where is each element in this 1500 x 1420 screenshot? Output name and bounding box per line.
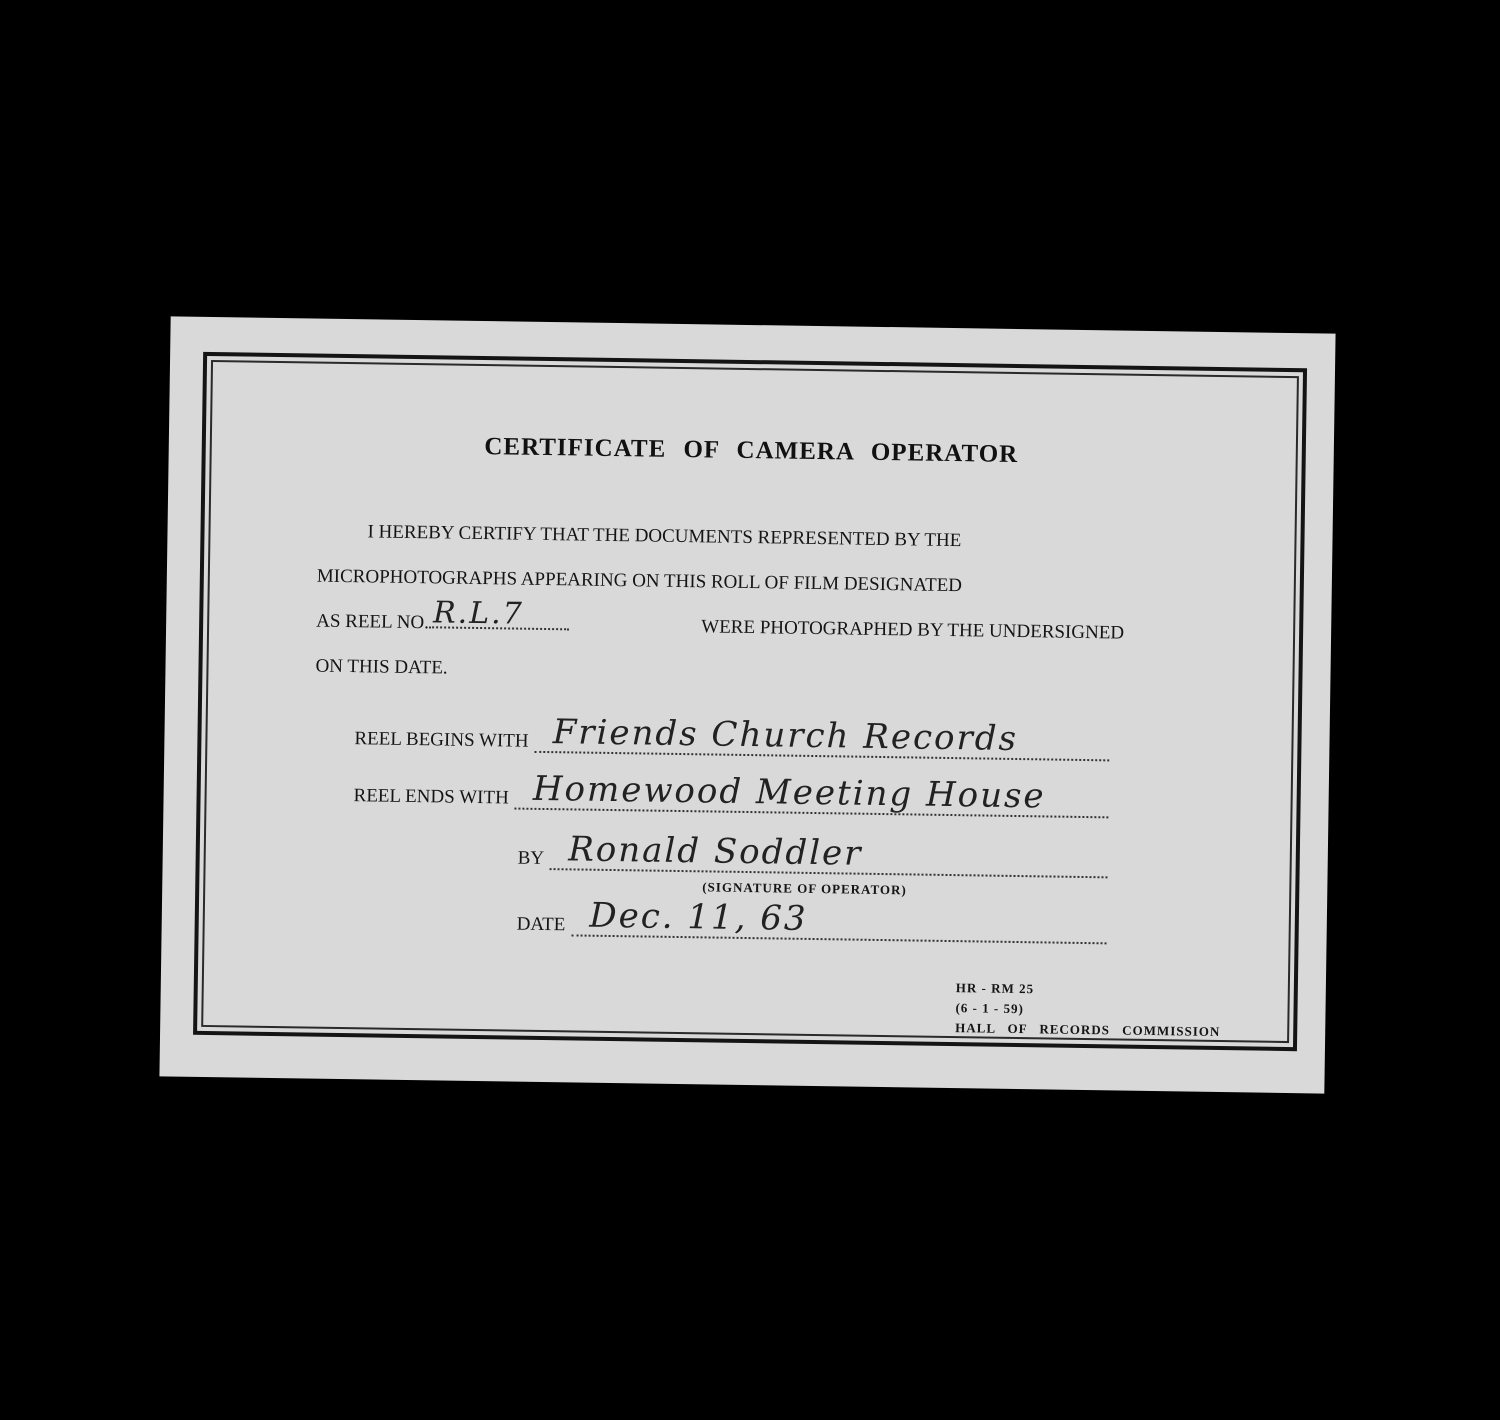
reel-number-handwritten: R.L.7 xyxy=(433,598,524,629)
date-label: DATE xyxy=(517,914,566,937)
form-info: HR - RM 25 (6 - 1 - 59) HALL OF RECORDS … xyxy=(955,978,1221,1042)
certificate-card: CERTIFICATE OF CAMERA OPERATOR I HEREBY … xyxy=(159,316,1335,1093)
reel-ends-handwritten: Homewood Meeting House xyxy=(533,772,1046,814)
paragraph-line-3-suffix: WERE PHOTOGRAPHED BY THE UNDERSIGNED xyxy=(701,604,1125,655)
date-handwritten: Dec. 11, 63 xyxy=(589,899,808,936)
signature-caption: (SIGNATURE OF OPERATOR) xyxy=(702,879,907,898)
by-label: BY xyxy=(518,848,545,870)
issuer-name: HALL OF RECORDS COMMISSION xyxy=(955,1018,1220,1042)
reel-number-field: R.L.7 xyxy=(429,604,569,630)
operator-signature-handwritten: Ronald Soddler xyxy=(568,832,863,870)
certification-paragraph: I HEREBY CERTIFY THAT THE DOCUMENTS REPR… xyxy=(315,509,1126,701)
reel-no-label: AS REEL No. xyxy=(316,611,429,634)
reel-ends-label: REEL ENDS WITH xyxy=(353,785,508,809)
reel-begins-label: REEL BEGINS WITH xyxy=(354,728,528,753)
reel-no-group: AS REEL No.R.L.7 xyxy=(316,599,577,648)
reel-begins-handwritten: Friends Church Records xyxy=(552,715,1018,756)
